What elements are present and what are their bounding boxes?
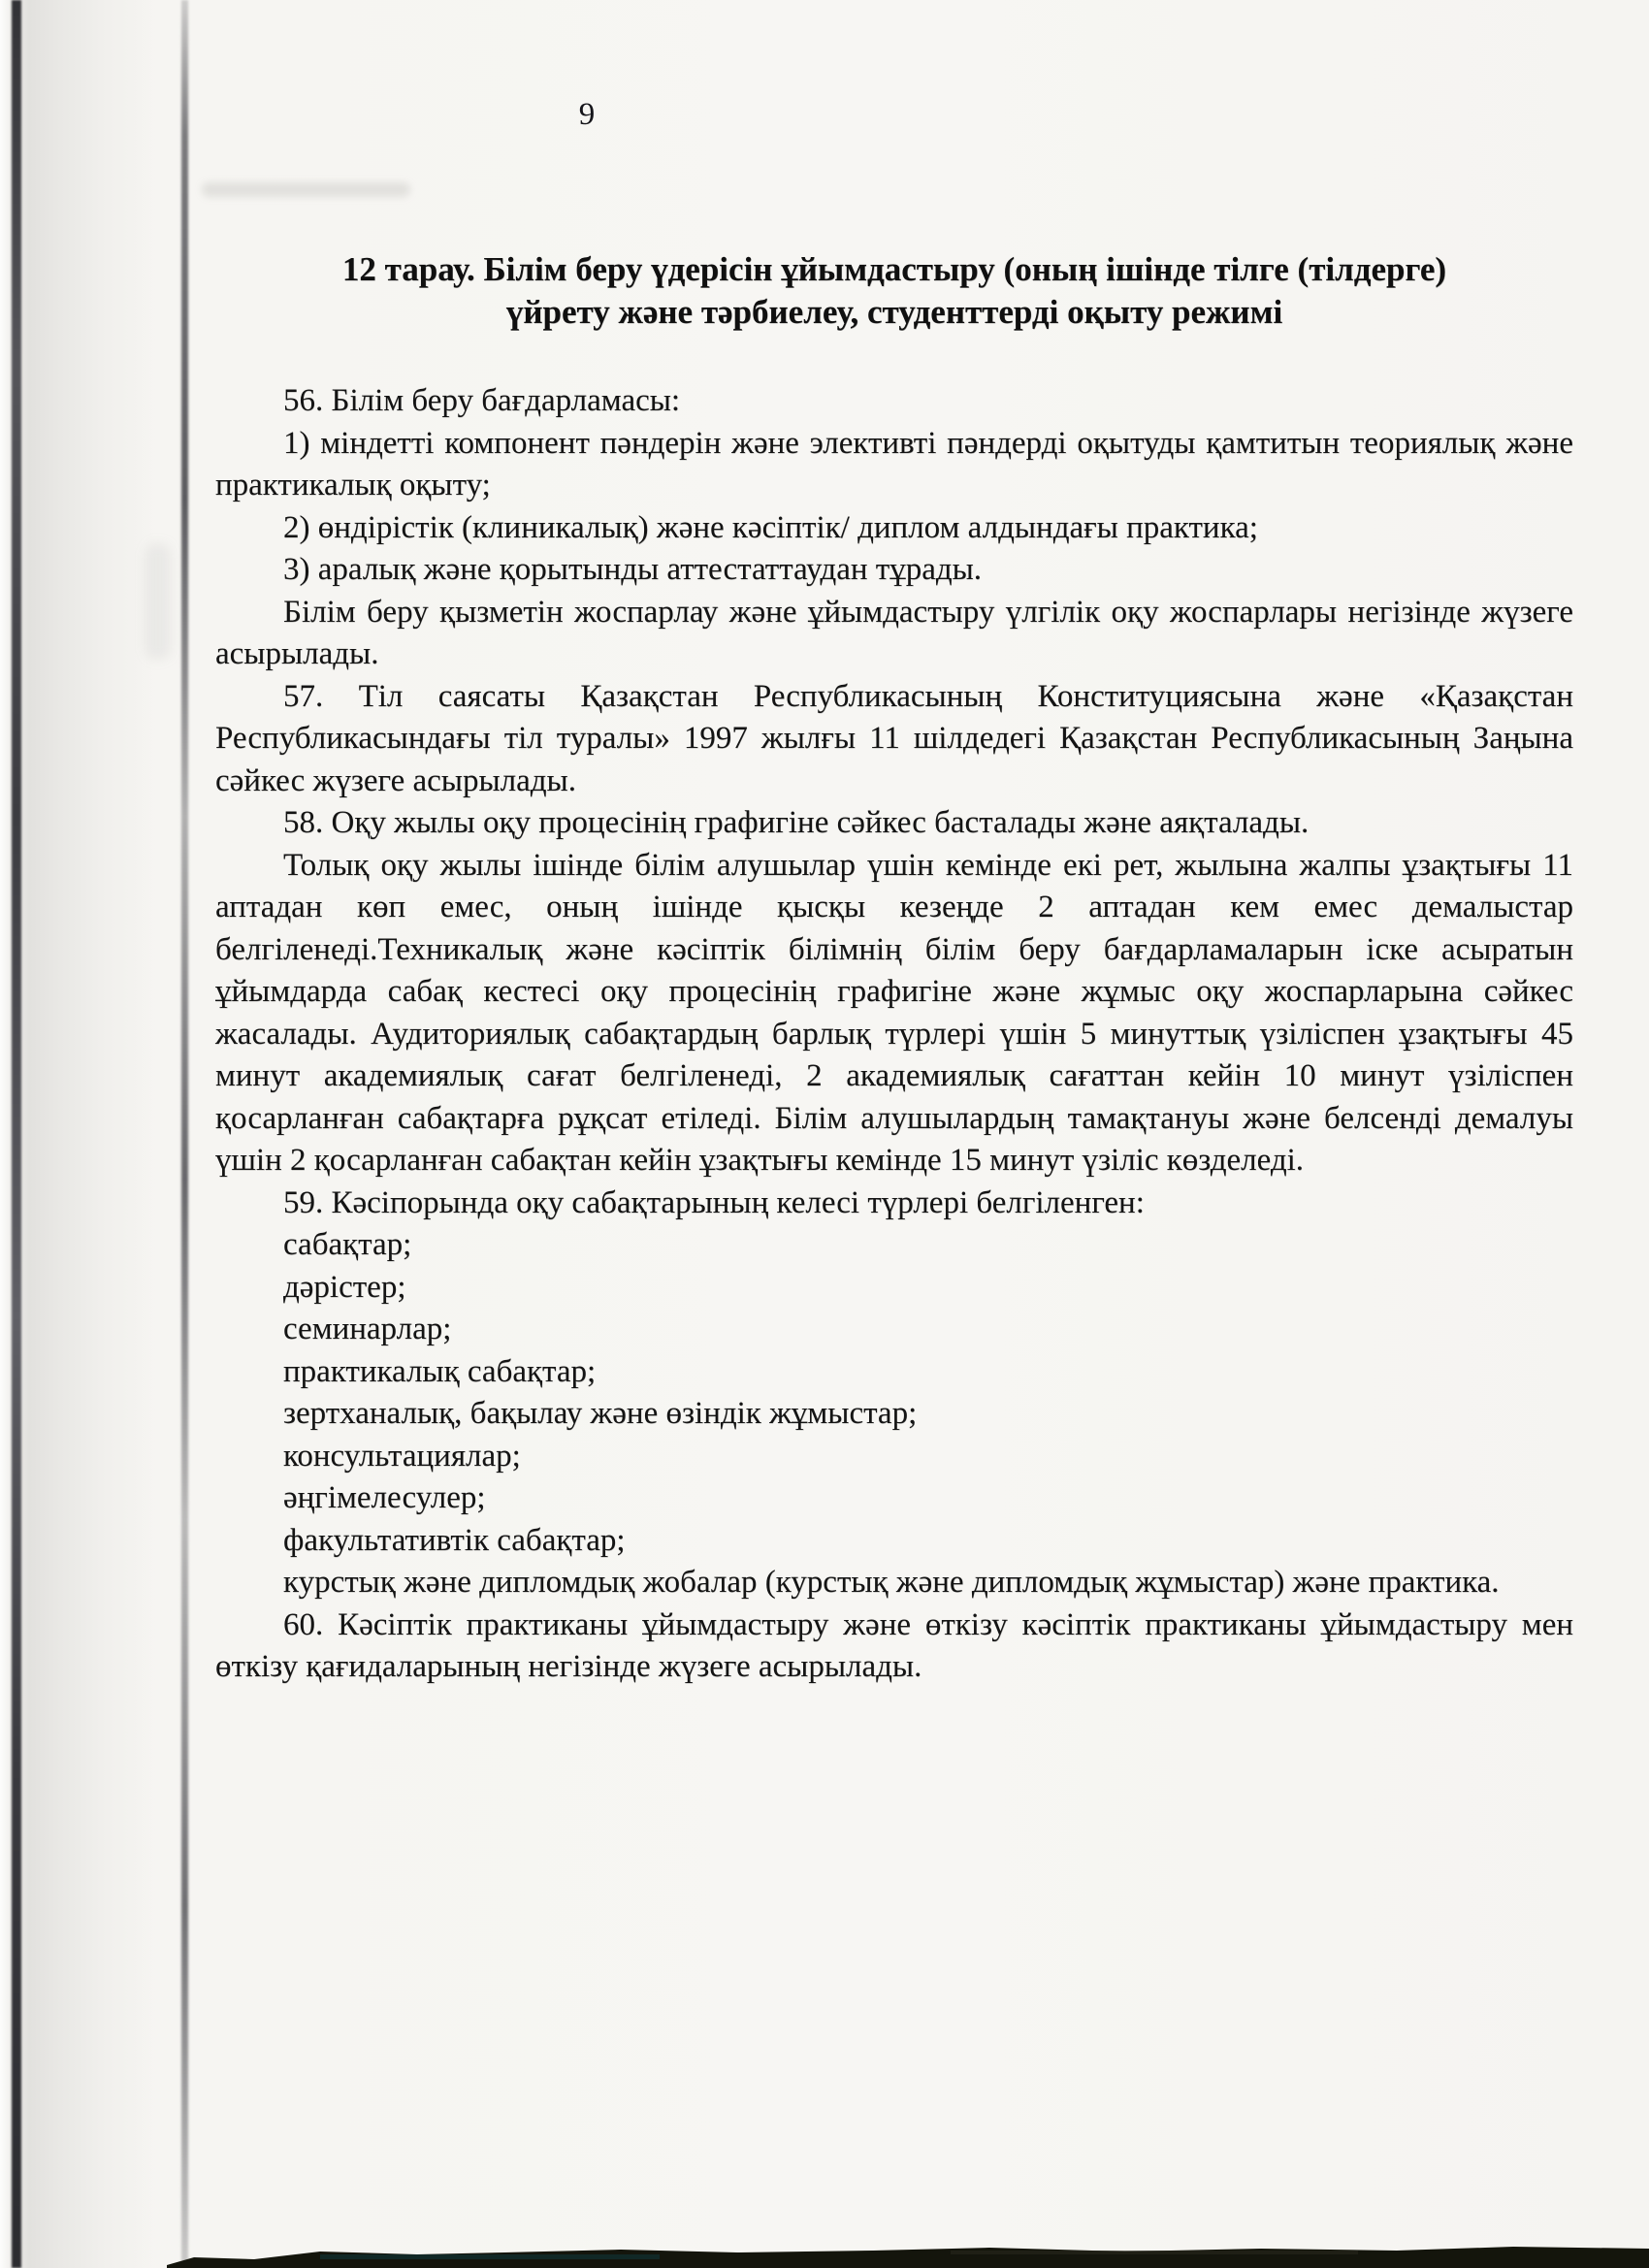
- list-item-consultations: консультациялар;: [215, 1436, 1573, 1478]
- paragraph-57: 57. Тіл саясаты Қазақстан Республикасыны…: [215, 676, 1573, 803]
- paragraph-60: 60. Кәсіптік практиканы ұйымдастыру және…: [215, 1604, 1573, 1689]
- list-item-lectures: дәрістер;: [215, 1267, 1573, 1310]
- binding-edge-line: [12, 0, 21, 2268]
- chapter-heading-line-2: үйрету және тәрбиелеу, студенттерді оқыт…: [215, 291, 1573, 334]
- page-number: 9: [553, 97, 621, 133]
- paragraph-58-detail: Толық оқу жылы ішінде білім алушылар үші…: [215, 845, 1573, 1183]
- scan-smudge: [145, 543, 171, 660]
- paragraph-56-item-2: 2) өндірістік (клиникалық) және кәсіптік…: [215, 507, 1573, 550]
- paragraph-56: 56. Білім беру бағдарламасы:: [215, 380, 1573, 423]
- paragraph-56-item-1: 1) міндетті компонент пәндерін және элек…: [215, 423, 1573, 507]
- scan-left-shadow: [0, 0, 155, 2268]
- paragraph-59: 59. Кәсіпорында оқу сабақтарының келесі …: [215, 1183, 1573, 1225]
- scan-smudge: [202, 182, 410, 197]
- paragraph-56-item-3: 3) аралық және қорытынды аттестаттаудан …: [215, 549, 1573, 592]
- list-item-projects: курстық және дипломдық жобалар (курстық …: [215, 1562, 1573, 1604]
- paragraph-58: 58. Оқу жылы оқу процесінің графигіне сә…: [215, 802, 1573, 845]
- list-item-laboratory: зертханалық, бақылау және өзіндік жұмыст…: [215, 1393, 1573, 1436]
- list-item-electives: факультативтік сабақтар;: [215, 1520, 1573, 1563]
- list-item-seminars: семинарлар;: [215, 1309, 1573, 1351]
- chapter-heading-line-1: 12 тарау. Білім беру үдерісін ұйымдастыр…: [215, 248, 1573, 291]
- list-item-practical: практикалық сабақтар;: [215, 1351, 1573, 1394]
- scan-margin-line: [181, 0, 188, 2268]
- list-item-interviews: әңгімелесулер;: [215, 1477, 1573, 1520]
- chapter-heading: 12 тарау. Білім беру үдерісін ұйымдастыр…: [215, 248, 1573, 334]
- scanned-document-page: 9 12 тарау. Білім беру үдерісін ұйымдаст…: [0, 0, 1649, 2268]
- paragraph-planning: Білім беру қызметін жоспарлау және ұйымд…: [215, 592, 1573, 676]
- scan-bottom-edge: [0, 2239, 1649, 2268]
- document-body: 56. Білім беру бағдарламасы: 1) міндетті…: [215, 380, 1573, 1689]
- list-item-lessons: сабақтар;: [215, 1224, 1573, 1267]
